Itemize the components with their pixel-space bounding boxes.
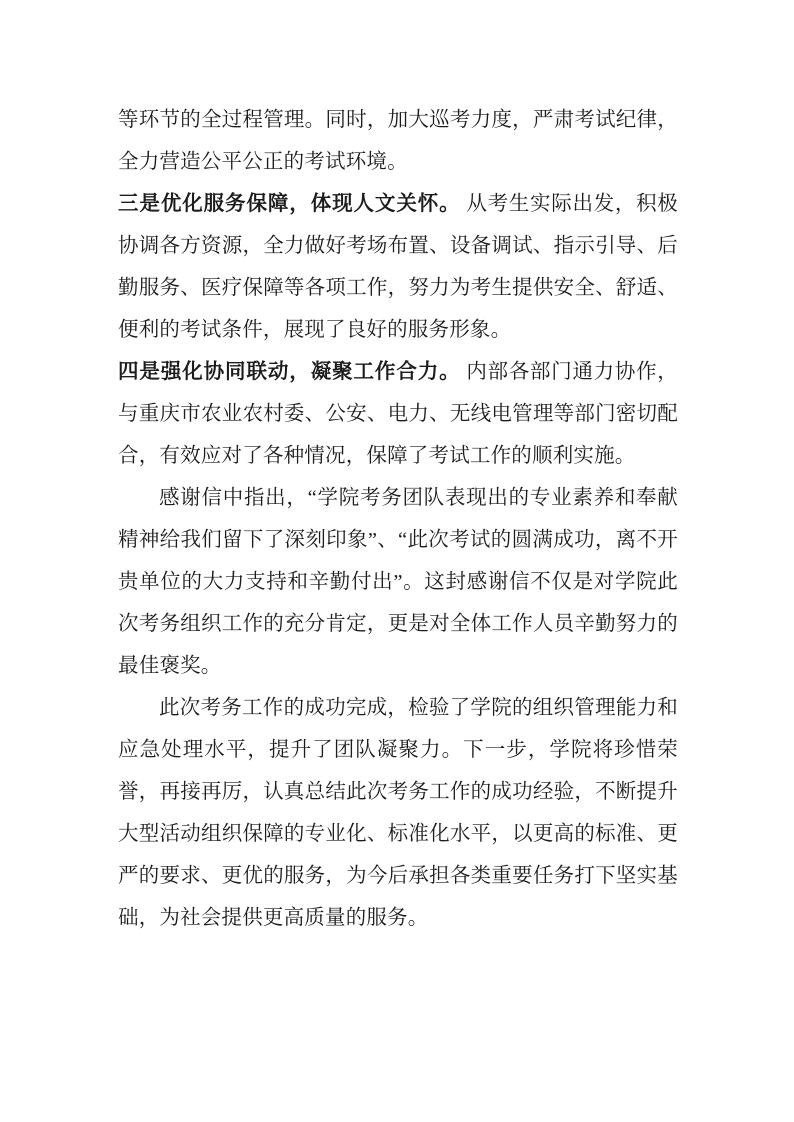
paragraph: 四是强化协同联动，凝聚工作合力。 内部各部门通力协作，与重庆市农业农村委、公安、…	[118, 351, 678, 477]
paragraph-text: 等环节的全过程管理。同时，加大巡考力度，严肃考试纪律，全力营造公平公正的考试环境…	[118, 109, 678, 173]
paragraph: 感谢信中指出，“学院考务团队表现出的专业素养和奉献精神给我们留下了深刻印象”、“…	[118, 477, 678, 687]
paragraph-bold-lead: 三是优化服务保障，体现人文关怀。	[118, 193, 461, 215]
paragraph: 此次考务工作的成功完成，检验了学院的组织管理能力和应急处理水平，提升了团队凝聚力…	[118, 687, 678, 939]
paragraph-text: 感谢信中指出，“学院考务团队表现出的专业素养和奉献精神给我们留下了深刻印象”、“…	[118, 487, 678, 677]
paragraph: 三是优化服务保障，体现人文关怀。 从考生实际出发，积极协调各方资源，全力做好考场…	[118, 183, 678, 351]
document-page: 等环节的全过程管理。同时，加大巡考力度，严肃考试纪律，全力营造公平公正的考试环境…	[0, 0, 794, 1122]
paragraph-bold-lead: 四是强化协同联动，凝聚工作合力。	[118, 361, 461, 383]
paragraph-text: 此次考务工作的成功完成，检验了学院的组织管理能力和应急处理水平，提升了团队凝聚力…	[118, 697, 678, 929]
paragraph: 等环节的全过程管理。同时，加大巡考力度，严肃考试纪律，全力营造公平公正的考试环境…	[118, 99, 678, 183]
paragraph-text: 从考生实际出发，积极协调各方资源，全力做好考场布置、设备调试、指示引导、后勤服务…	[118, 193, 678, 341]
document-body: 等环节的全过程管理。同时，加大巡考力度，严肃考试纪律，全力营造公平公正的考试环境…	[118, 99, 678, 939]
